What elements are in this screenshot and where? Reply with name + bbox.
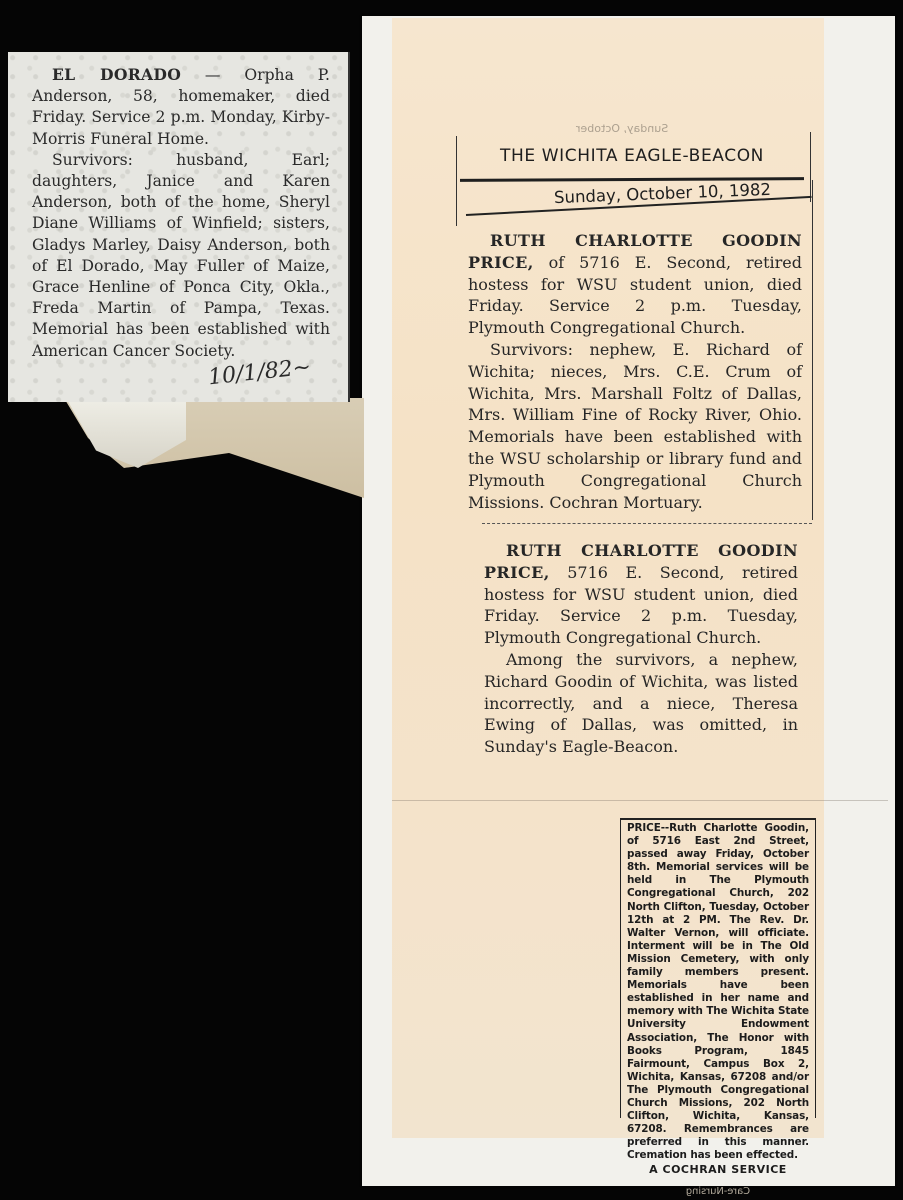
- price-obituary-paragraph-2: Survivors: nephew, E. Richard of Wichita…: [468, 339, 802, 513]
- notice-bleed-through: Care-Nursing: [627, 1185, 809, 1198]
- classified-death-notice: PRICE--Ruth Charlotte Goodin, of 5716 Ea…: [620, 818, 816, 1118]
- notice-body: PRICE--Ruth Charlotte Goodin, of 5716 Ea…: [627, 822, 809, 1162]
- masthead: THE WICHITA EAGLE-BEACON: [500, 146, 764, 166]
- newspaper-header: Sunday, October THE WICHITA EAGLE-BEACON…: [456, 122, 812, 222]
- faint-bleed-through: Sunday, October: [576, 122, 668, 135]
- el-dorado-paragraph-1: EL DORADO — Orpha P. Anderson, 58, homem…: [32, 64, 330, 150]
- price-correction-paragraph-1: RUTH CHARLOTTE GOODIN PRICE, 5716 E. Sec…: [484, 540, 798, 649]
- price-correction-paragraph-2: Among the survivors, a nephew, Richard G…: [484, 649, 798, 758]
- el-dorado-obituary-clipping: EL DORADO — Orpha P. Anderson, 58, homem…: [8, 52, 350, 402]
- price-correction: RUTH CHARLOTTE GOODIN PRICE, 5716 E. Sec…: [484, 540, 798, 758]
- notice-signature: A COCHRAN SERVICE: [627, 1163, 809, 1176]
- el-dorado-paragraph-2: Survivors: husband, Earl; daughters, Jan…: [32, 150, 330, 362]
- el-dorado-lead: EL DORADO: [52, 65, 181, 84]
- obituary-border-right: [812, 180, 813, 520]
- clipping-border-left: [456, 136, 457, 226]
- price-obituary-paragraph-1: RUTH CHARLOTTE GOODIN PRICE, of 5716 E. …: [468, 230, 802, 339]
- obituary-separator: [482, 523, 812, 525]
- price-obituary: RUTH CHARLOTTE GOODIN PRICE, of 5716 E. …: [468, 230, 802, 513]
- page-crease: [392, 800, 888, 801]
- clipping-border-right: [810, 132, 811, 202]
